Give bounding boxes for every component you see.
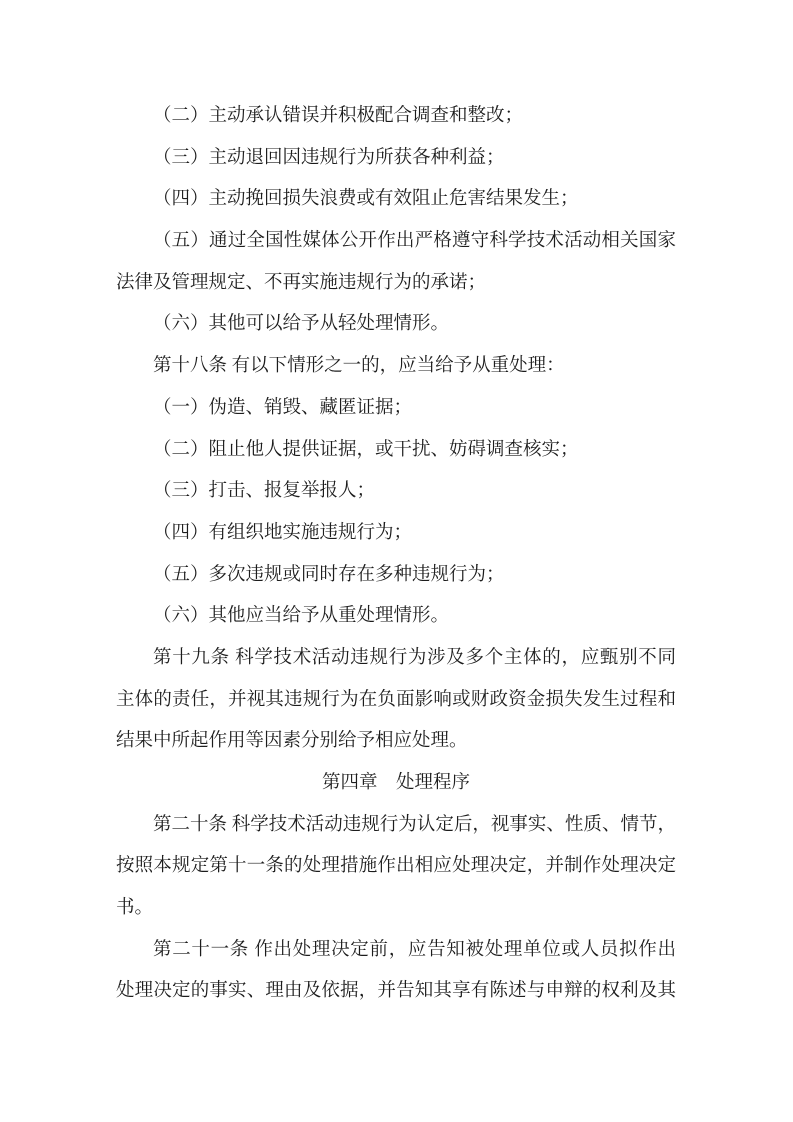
text-line: （二）主动承认错误并积极配合调查和整改； — [116, 96, 676, 138]
document-page: （二）主动承认错误并积极配合调查和整改； （三）主动退回因违规行为所获各种利益；… — [0, 0, 793, 1122]
text-line-article-20: 第二十条 科学技术活动违规行为认定后，视事实、性质、情节， — [116, 805, 676, 847]
text-line: （二）阻止他人提供证据，或干扰、妨碍调查核实； — [116, 430, 676, 472]
text-line: （四）主动挽回损失浪费或有效阻止危害结果发生； — [116, 179, 676, 221]
text-line: 书。 — [116, 888, 676, 930]
text-line: （六）其他应当给予从重处理情形。 — [116, 596, 676, 638]
text-line: （一）伪造、销毁、藏匿证据； — [116, 388, 676, 430]
text-line: （五）通过全国性媒体公开作出严格遵守科学技术活动相关国家 — [116, 221, 676, 263]
text-line: 按照本规定第十一条的处理措施作出相应处理决定，并制作处理决定 — [116, 846, 676, 888]
text-line: （三）主动退回因违规行为所获各种利益； — [116, 138, 676, 180]
text-line: 法律及管理规定、不再实施违规行为的承诺； — [116, 263, 676, 305]
text-line: （三）打击、报复举报人； — [116, 471, 676, 513]
text-line-article-19: 第十九条 科学技术活动违规行为涉及多个主体的，应甄别不同 — [116, 638, 676, 680]
text-line: 主体的责任，并视其违规行为在负面影响或财政资金损失发生过程和 — [116, 680, 676, 722]
text-line: 结果中所起作用等因素分别给予相应处理。 — [116, 721, 676, 763]
text-line: （五）多次违规或同时存在多种违规行为； — [116, 555, 676, 597]
chapter-heading-line: 第四章 处理程序 — [116, 763, 676, 805]
text-line: （六）其他可以给予从轻处理情形。 — [116, 304, 676, 346]
text-line: （四）有组织地实施违规行为； — [116, 513, 676, 555]
document-text: （二）主动承认错误并积极配合调查和整改； （三）主动退回因违规行为所获各种利益；… — [116, 96, 676, 1013]
text-line-article-21: 第二十一条 作出处理决定前，应告知被处理单位或人员拟作出 — [116, 930, 676, 972]
text-line: 处理决定的事实、理由及依据，并告知其享有陈述与申辩的权利及其 — [116, 971, 676, 1013]
text-line-article-18: 第十八条 有以下情形之一的，应当给予从重处理： — [116, 346, 676, 388]
